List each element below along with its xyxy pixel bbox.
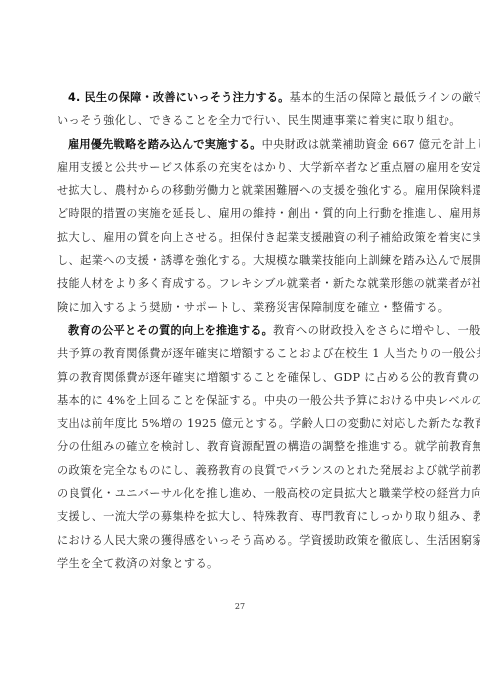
paragraph-line: の政策を完全なものにし、義務教育の良質でバランスのとれた発展および就学前教育 [57,459,427,482]
paragraph-line: 共予算の教育関係費が逐年確実に増額することおよび在校生 1 人当たりの一般公共予 [57,342,427,365]
paragraph-line: 学生を全て救済の対象とする。 [57,552,427,575]
paragraph-line: の良質化・ユニバーサル化を推し進め、一般高校の定員拡大と職業学校の経営力向上を [57,482,427,505]
paragraph-line: 4. 民生の保障・改善にいっそう注力する。基本的生活の保障と最低ラインの厳守を [57,86,427,109]
paragraph-line: 教育の公平とその質的向上を推進する。教育への財政投入をさらに増やし、一般公 [57,319,427,342]
page-number: 27 [0,602,480,611]
document-page: 4. 民生の保障・改善にいっそう注力する。基本的生活の保障と最低ラインの厳守を … [0,0,480,679]
paragraph-line: 技能人材をより多く育成する。フレキシブル就業者・新たな就業形態の就業者が社会保 [57,272,427,295]
paragraph-line: 雇用支援と公共サービス体系の充実をはかり、大学新卒者など重点層の雇用を安定さ [57,156,427,179]
paragraph-line: いっそう強化し、できることを全力で行い、民生関連事業に着実に取り組む。 [57,109,427,132]
paragraph-line: 支出は前年度比 5%増の 1925 億元とする。学齢人口の変動に対応した新たな教… [57,412,427,435]
paragraph-line: 雇用優先戦略を踏み込んで実施する。中央財政は就業補助資金 667 億元を計上して… [57,133,427,156]
paragraph-line: ど時限的措置の実施を延長し、雇用の維持・創出・質的向上行動を推進し、雇用規模を [57,202,427,225]
paragraph-line: し、起業への支援・誘導を強化する。大規模な職業技能向上訓練を踏み込んで展開し、 [57,249,427,272]
page-body: 4. 民生の保障・改善にいっそう注力する。基本的生活の保障と最低ラインの厳守を … [57,86,427,575]
paragraph-line: せ拡大し、農村からの移動労働力と就業困難層への支援を強化する。雇用保険料還付な [57,179,427,202]
paragraph-line: 支援し、一流大学の募集枠を拡大し、特殊教育、専門教育にしっかり取り組み、教育面 [57,505,427,528]
paragraph-text: 基本的生活の保障と最低ラインの厳守を [290,91,480,104]
paragraph-line: における人民大衆の獲得感をいっそう高める。学資援助政策を徹底し、生活困窮家庭の [57,529,427,552]
paragraph-line: 拡大し、雇用の質を向上させる。担保付き起業支援融資の利子補給政策を着実に実施 [57,226,427,249]
paragraph-text: 中央財政は就業補助資金 667 億元を計上して、 [262,138,480,151]
paragraph-line: 算の教育関係費が逐年確実に増額することを確保し、GDP に占める公的教育費の割合… [57,366,427,389]
section-heading: 4. 民生の保障・改善にいっそう注力する。 [68,91,290,104]
section-heading: 教育の公平とその質的向上を推進する。 [68,324,273,337]
section-heading: 雇用優先戦略を踏み込んで実施する。 [68,138,262,151]
paragraph-line: 分の仕組みの確立を検討し、教育資源配置の構造の調整を推進する。就学前教育無償化 [57,435,427,458]
paragraph-text: 教育への財政投入をさらに増やし、一般公 [273,324,480,337]
paragraph-line: 基本的に 4%を上回ることを保証する。中央の一般公共予算における中央レベルの教育 [57,389,427,412]
paragraph-line: 険に加入するよう奨励・サポートし、業務災害保障制度を確立・整備する。 [57,296,427,319]
